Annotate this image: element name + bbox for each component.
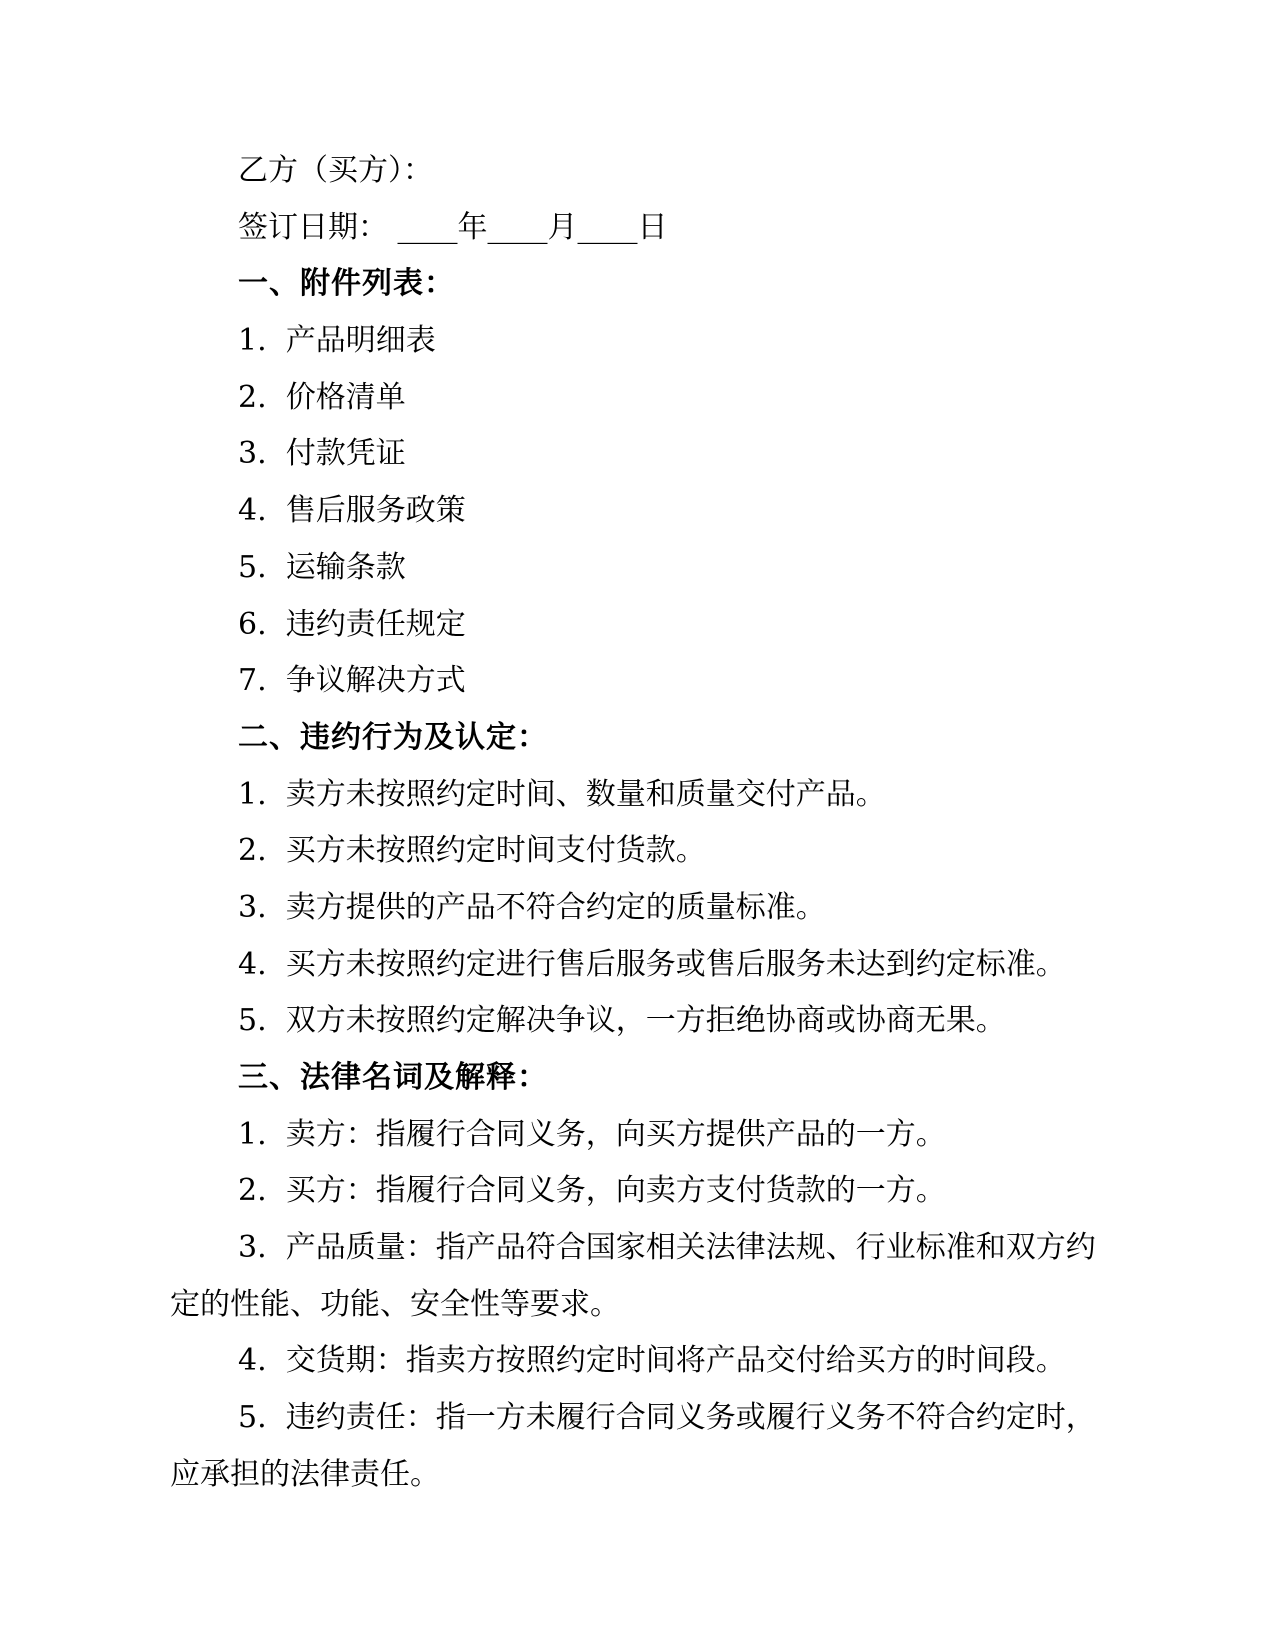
term-item-3-line-1: 3. 产品质量：指产品符合国家相关法律法规、行业标准和双方约 [170, 1220, 1220, 1277]
section-terms-heading: 三、法律名词及解释： [170, 1050, 1220, 1107]
breach-item-5: 5. 双方未按照约定解决争议，一方拒绝协商或协商无果。 [170, 993, 1220, 1050]
term-item-5-line-2: 应承担的法律责任。 [170, 1447, 1220, 1504]
term-item-4: 4. 交货期：指卖方按照约定时间将产品交付给买方的时间段。 [170, 1333, 1220, 1390]
term-item-1: 1. 卖方：指履行合同义务，向买方提供产品的一方。 [170, 1107, 1220, 1164]
attachment-item-6: 6. 违约责任规定 [170, 597, 1220, 654]
attachment-item-4: 4. 售后服务政策 [170, 483, 1220, 540]
attachment-item-5: 5. 运输条款 [170, 540, 1220, 597]
section-breach-heading: 二、违约行为及认定： [170, 710, 1220, 767]
section-attachments-heading: 一、附件列表： [170, 256, 1220, 313]
attachment-item-7: 7. 争议解决方式 [170, 653, 1220, 710]
party-b-line: 乙方（买方）： [170, 143, 1220, 200]
attachment-item-1: 1. 产品明细表 [170, 313, 1220, 370]
breach-item-4: 4. 买方未按照约定进行售后服务或售后服务未达到约定标准。 [170, 937, 1220, 994]
sign-date-line: 签订日期： ____年____月____日 [170, 200, 1220, 257]
contract-page: 乙方（买方）： 签订日期： ____年____月____日 一、附件列表： 1.… [0, 0, 1275, 1650]
term-item-5-line-1: 5. 违约责任：指一方未履行合同义务或履行义务不符合约定时， [170, 1390, 1220, 1447]
attachment-item-3: 3. 付款凭证 [170, 426, 1220, 483]
contract-body: 乙方（买方）： 签订日期： ____年____月____日 一、附件列表： 1.… [170, 143, 1220, 1504]
breach-item-3: 3. 卖方提供的产品不符合约定的质量标准。 [170, 880, 1220, 937]
term-item-2: 2. 买方：指履行合同义务，向卖方支付货款的一方。 [170, 1163, 1220, 1220]
breach-item-2: 2. 买方未按照约定时间支付货款。 [170, 823, 1220, 880]
term-item-3-line-2: 定的性能、功能、安全性等要求。 [170, 1277, 1220, 1334]
attachment-item-2: 2. 价格清单 [170, 370, 1220, 427]
breach-item-1: 1. 卖方未按照约定时间、数量和质量交付产品。 [170, 767, 1220, 824]
